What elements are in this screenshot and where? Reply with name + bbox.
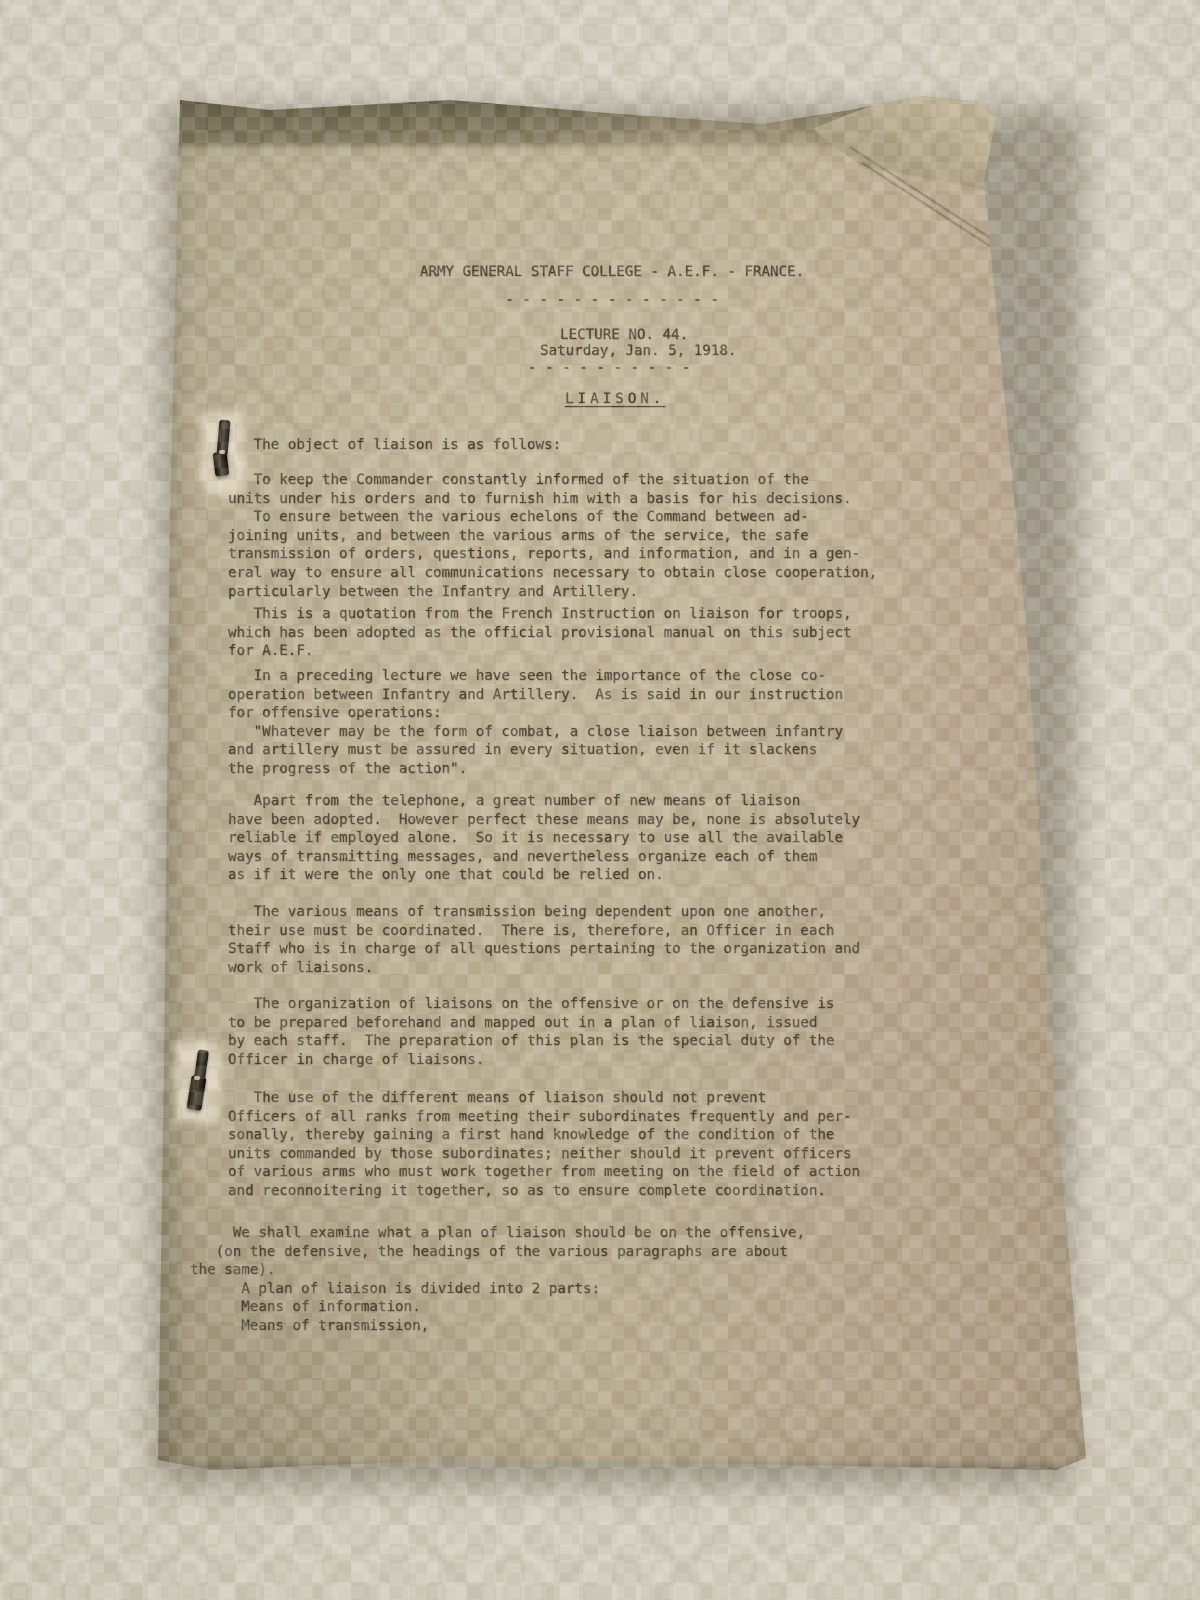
divider-dashes: - - - - - - - - - - - - - <box>262 291 962 310</box>
paragraph-meeting-subordinates: The use of the different means of liaiso… <box>228 1089 934 1201</box>
institution-line: ARMY GENERAL STAFF COLLEGE - A.E.F. - FR… <box>262 263 962 282</box>
paragraph-object-of-liaison: The object of liaison is as follows: <box>228 436 934 455</box>
paragraph-commander-informed: To keep the Commander constantly informe… <box>228 471 934 601</box>
paragraph-organization-plan: The organization of liaisons on the offe… <box>228 995 934 1069</box>
paragraph-plan-two-parts: We shall examine what a plan of liaison … <box>190 1224 896 1336</box>
document-page: ARMY GENERAL STAFF COLLEGE - A.E.F. - FR… <box>150 88 1095 1476</box>
divider-dashes: - - - - - - - - - - <box>528 359 690 378</box>
paragraph-french-instruction: This is a quotation from the French Inst… <box>228 605 934 661</box>
date-line: Saturday, Jan. 5, 1918. <box>540 342 736 361</box>
paragraph-preceding-lecture: In a preceding lecture we have seen the … <box>228 667 934 779</box>
paragraph-means-coordinated: The various means of transmission being … <box>228 903 934 977</box>
photo-background: ARMY GENERAL STAFF COLLEGE - A.E.F. - FR… <box>0 0 1200 1600</box>
paragraph-apart-from-telephone: Apart from the telephone, a great number… <box>228 792 934 885</box>
document-title: LIAISON. <box>565 390 665 409</box>
typewritten-content: ARMY GENERAL STAFF COLLEGE - A.E.F. - FR… <box>150 88 1095 1476</box>
